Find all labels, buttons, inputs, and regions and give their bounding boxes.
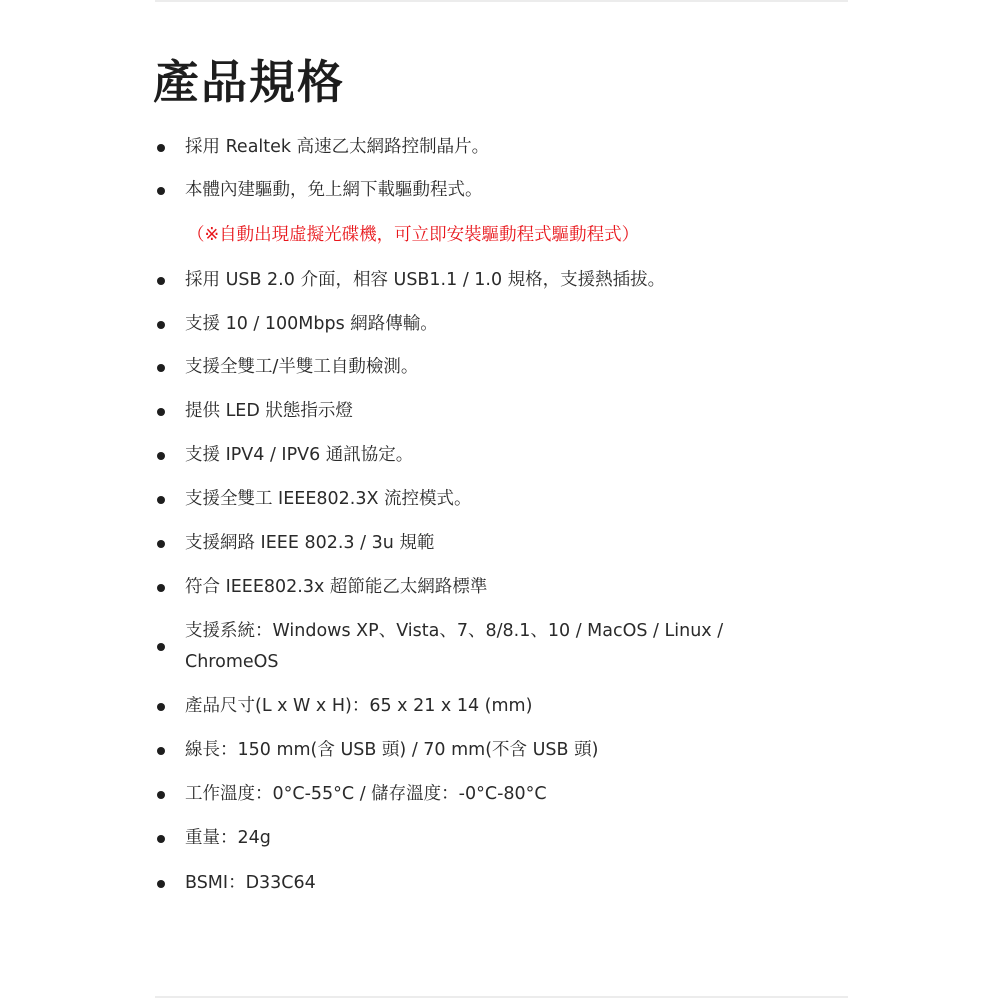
- spec-item-dimensions: 產品尺寸(L x W x H)：65 x 21 x 14 (mm): [185, 691, 805, 722]
- bullet-icon: [157, 643, 165, 651]
- spec-text: 支援網路 IEEE 802.3 / 3u 規範: [185, 533, 434, 553]
- spec-item-speed: 支援 10 / 100Mbps 網路傳輸。: [185, 309, 805, 340]
- bullet-icon: [157, 747, 165, 755]
- spec-text: 工作溫度：0°C-55°C / 儲存溫度：-0°C-80°C: [185, 784, 547, 804]
- top-divider: [155, 0, 848, 2]
- spec-item-chipset: 採用 Realtek 高速乙太網路控制晶片。: [185, 132, 805, 163]
- bullet-icon: [157, 703, 165, 711]
- spec-text: 支援 10 / 100Mbps 網路傳輸。: [185, 314, 438, 334]
- spec-item-bsmi: BSMI：D33C64: [185, 868, 805, 899]
- bullet-icon: [157, 144, 165, 152]
- spec-item-led: 提供 LED 狀態指示燈: [185, 396, 805, 427]
- bullet-icon: [157, 880, 165, 888]
- spec-item-usb: 採用 USB 2.0 介面，相容 USB1.1 / 1.0 規格，支援熱插拔。: [185, 265, 805, 296]
- spec-text: 採用 Realtek 高速乙太網路控制晶片。: [185, 137, 489, 157]
- driver-note: （※自動出現虛擬光碟機，可立即安裝驅動程式驅動程式）: [187, 220, 639, 251]
- page-title: 產品規格: [153, 54, 345, 110]
- spec-item-ip: 支援 IPV4 / IPV6 通訊協定。: [185, 440, 805, 471]
- bullet-icon: [157, 277, 165, 285]
- spec-text: 本體內建驅動，免上網下載驅動程式。: [185, 180, 483, 200]
- bullet-icon: [157, 452, 165, 460]
- bullet-icon: [157, 540, 165, 548]
- spec-text: 支援系統：Windows XP、Vista、7、8/8.1、10 / MacOS…: [185, 621, 723, 672]
- spec-text: 提供 LED 狀態指示燈: [185, 401, 353, 421]
- spec-item-energy: 符合 IEEE802.3x 超節能乙太網路標準: [185, 572, 805, 603]
- bullet-icon: [157, 835, 165, 843]
- spec-text: 符合 IEEE802.3x 超節能乙太網路標準: [185, 577, 487, 597]
- spec-text: 產品尺寸(L x W x H)：65 x 21 x 14 (mm): [185, 696, 532, 716]
- spec-item-temperature: 工作溫度：0°C-55°C / 儲存溫度：-0°C-80°C: [185, 779, 805, 810]
- spec-item-flow-control: 支援全雙工 IEEE802.3X 流控模式。: [185, 484, 805, 515]
- spec-item-cable: 線長：150 mm(含 USB 頭) / 70 mm(不含 USB 頭): [185, 735, 805, 766]
- bullet-icon: [157, 408, 165, 416]
- bullet-icon: [157, 364, 165, 372]
- spec-text: 採用 USB 2.0 介面，相容 USB1.1 / 1.0 規格，支援熱插拔。: [185, 270, 665, 290]
- spec-text: 支援全雙工/半雙工自動檢測。: [185, 357, 418, 377]
- bullet-icon: [157, 321, 165, 329]
- bottom-divider: [155, 996, 848, 998]
- spec-text: 線長：150 mm(含 USB 頭) / 70 mm(不含 USB 頭): [185, 740, 598, 760]
- spec-item-driver: 本體內建驅動，免上網下載驅動程式。: [185, 175, 805, 206]
- spec-text: 重量：24g: [185, 828, 271, 848]
- spec-text: 支援 IPV4 / IPV6 通訊協定。: [185, 445, 413, 465]
- bullet-icon: [157, 496, 165, 504]
- spec-item-duplex: 支援全雙工/半雙工自動檢測。: [185, 352, 805, 383]
- bullet-icon: [157, 584, 165, 592]
- spec-text: BSMI：D33C64: [185, 873, 316, 893]
- spec-item-weight: 重量：24g: [185, 823, 805, 854]
- bullet-icon: [157, 187, 165, 195]
- spec-text: 支援全雙工 IEEE802.3X 流控模式。: [185, 489, 472, 509]
- spec-item-standard: 支援網路 IEEE 802.3 / 3u 規範: [185, 528, 805, 559]
- bullet-icon: [157, 791, 165, 799]
- spec-item-os: 支援系統：Windows XP、Vista、7、8/8.1、10 / MacOS…: [185, 616, 795, 678]
